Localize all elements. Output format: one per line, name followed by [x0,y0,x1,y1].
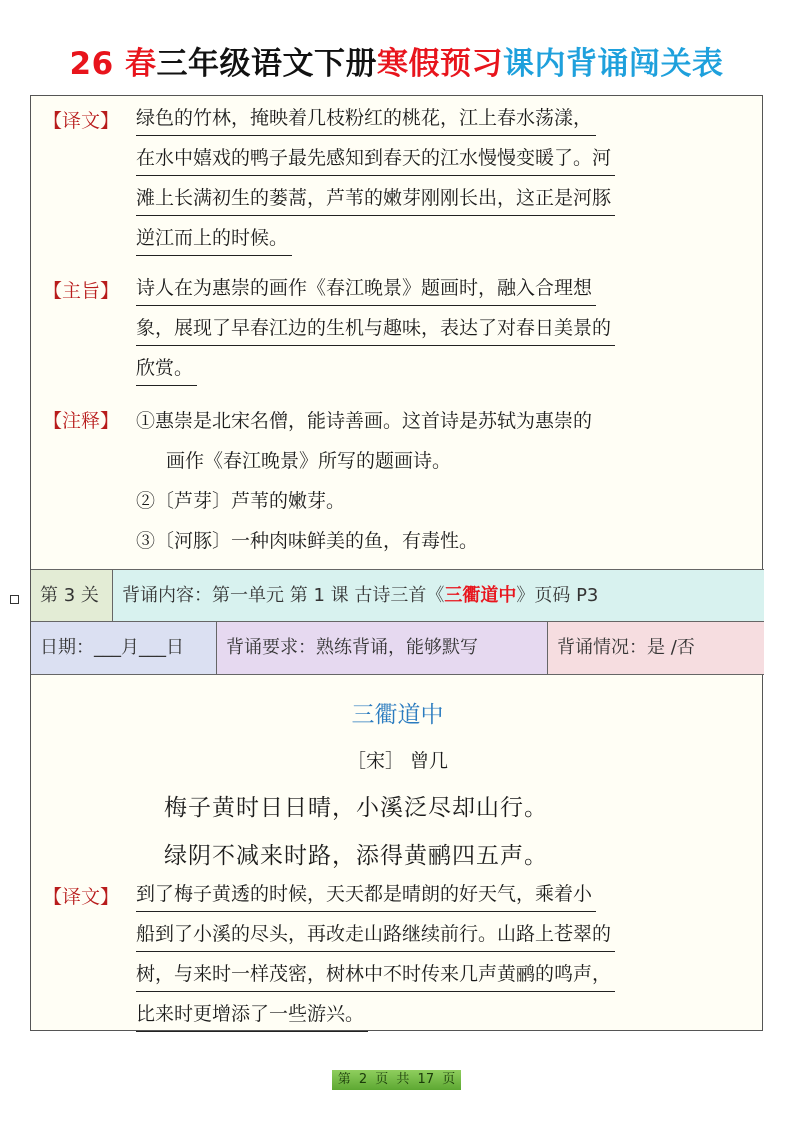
translation-line: 在水中嬉戏的鸭子最先感知到春天的江水慢慢变暖了。河 [136,141,615,176]
translation-line: 到了梅子黄透的时候，天天都是晴朗的好天气，乘着小 [136,877,596,912]
title-part-year: 26 春 [70,46,157,82]
stage-requirement-cell: 背诵要求：熟练背诵，能够默写 [217,622,548,675]
stage-requirement: 背诵要求：熟练背诵，能够默写 [226,637,478,658]
page-number-badge: 第 2 页 共 17 页 [332,1070,461,1090]
note-line: ①惠崇是北宋名僧，能诗善画。这首诗是苏轼为惠崇的 [136,401,592,441]
stage-content-suffix: 》页码 P3 [516,585,598,606]
title-part-recite: 课内背诵闯关表 [503,46,724,82]
stage-date: 日期：___月___日 [40,637,184,658]
title-part-grade: 三年级语文下册 [156,46,377,82]
stage-status-cell: 背诵情况：是 /否 [548,622,764,675]
theme-label: 【主旨】 [43,271,119,311]
translation-label: 【译文】 [43,101,119,141]
stage-content-highlight: 三衢道中 [444,585,516,606]
translation-line: 滩上长满初生的蒌蒿，芦苇的嫩芽刚刚长出，这正是河豚 [136,181,615,216]
notes-label: 【注释】 [43,401,119,441]
translation-section-1: 【译文】 绿色的竹林，掩映着几枝粉红的桃花，江上春水荡漾， 在水中嬉戏的鸭子最先… [31,101,762,261]
stage-level: 第 3 关 [40,585,99,606]
translation-label: 【译文】 [43,877,119,917]
translation-section-2: 【译文】 到了梅子黄透的时候，天天都是晴朗的好天气，乘着小 船到了小溪的尽头，再… [31,877,762,1037]
poem-author: ［宋］ 曾几 [31,746,764,773]
theme-line: 诗人在为惠崇的画作《春江晚景》题画时，融入合理想 [136,271,596,306]
theme-line: 象，展现了早春江边的生机与趣味，表达了对春日美景的 [136,311,615,346]
translation-line: 绿色的竹林，掩映着几枝粉红的桃花，江上春水荡漾， [136,101,596,136]
stage-content-cell: 背诵内容：第一单元 第 1 课 古诗三首《三衢道中》页码 P3 [113,569,764,622]
stage-table: 第 3 关 背诵内容：第一单元 第 1 课 古诗三首《三衢道中》页码 P3 日期… [31,569,764,675]
translation-line: 逆江而上的时候。 [136,221,292,256]
poem-line: 绿阴不减来时路，添得黄鹂四五声。 [164,837,548,870]
theme-line: 欣赏。 [136,351,197,386]
stage-level-cell: 第 3 关 [31,569,113,622]
poem-line: 梅子黄时日日晴，小溪泛尽却山行。 [164,789,548,822]
notes-section: 【注释】 ①惠崇是北宋名僧，能诗善画。这首诗是苏轼为惠崇的 画作《春江晚景》所写… [31,401,762,561]
checkbox-marker [10,595,19,604]
stage-content-prefix: 背诵内容：第一单元 第 1 课 古诗三首《 [122,585,444,606]
poem-title: 三衢道中 [31,696,764,729]
note-line: ②〔芦芽〕芦苇的嫩芽。 [136,481,345,521]
title-part-preview: 寒假预习 [377,46,503,82]
content-frame: 【译文】 绿色的竹林，掩映着几枝粉红的桃花，江上春水荡漾， 在水中嬉戏的鸭子最先… [30,95,763,1031]
translation-line: 树，与来时一样茂密，树林中不时传来几声黄鹂的鸣声， [136,957,615,992]
stage-date-cell: 日期：___月___日 [31,622,217,675]
theme-section: 【主旨】 诗人在为惠崇的画作《春江晚景》题画时，融入合理想 象，展现了早春江边的… [31,271,762,391]
note-line: 画作《春江晚景》所写的题画诗。 [166,441,451,481]
note-line: ③〔河豚〕一种肉味鲜美的鱼，有毒性。 [136,521,478,561]
stage-status: 背诵情况：是 /否 [557,637,695,658]
page-title: 26 春三年级语文下册寒假预习课内背诵闯关表 [0,38,793,83]
translation-line: 比来时更增添了一些游兴。 [136,997,368,1032]
translation-line: 船到了小溪的尽头，再改走山路继续前行。山路上苍翠的 [136,917,615,952]
